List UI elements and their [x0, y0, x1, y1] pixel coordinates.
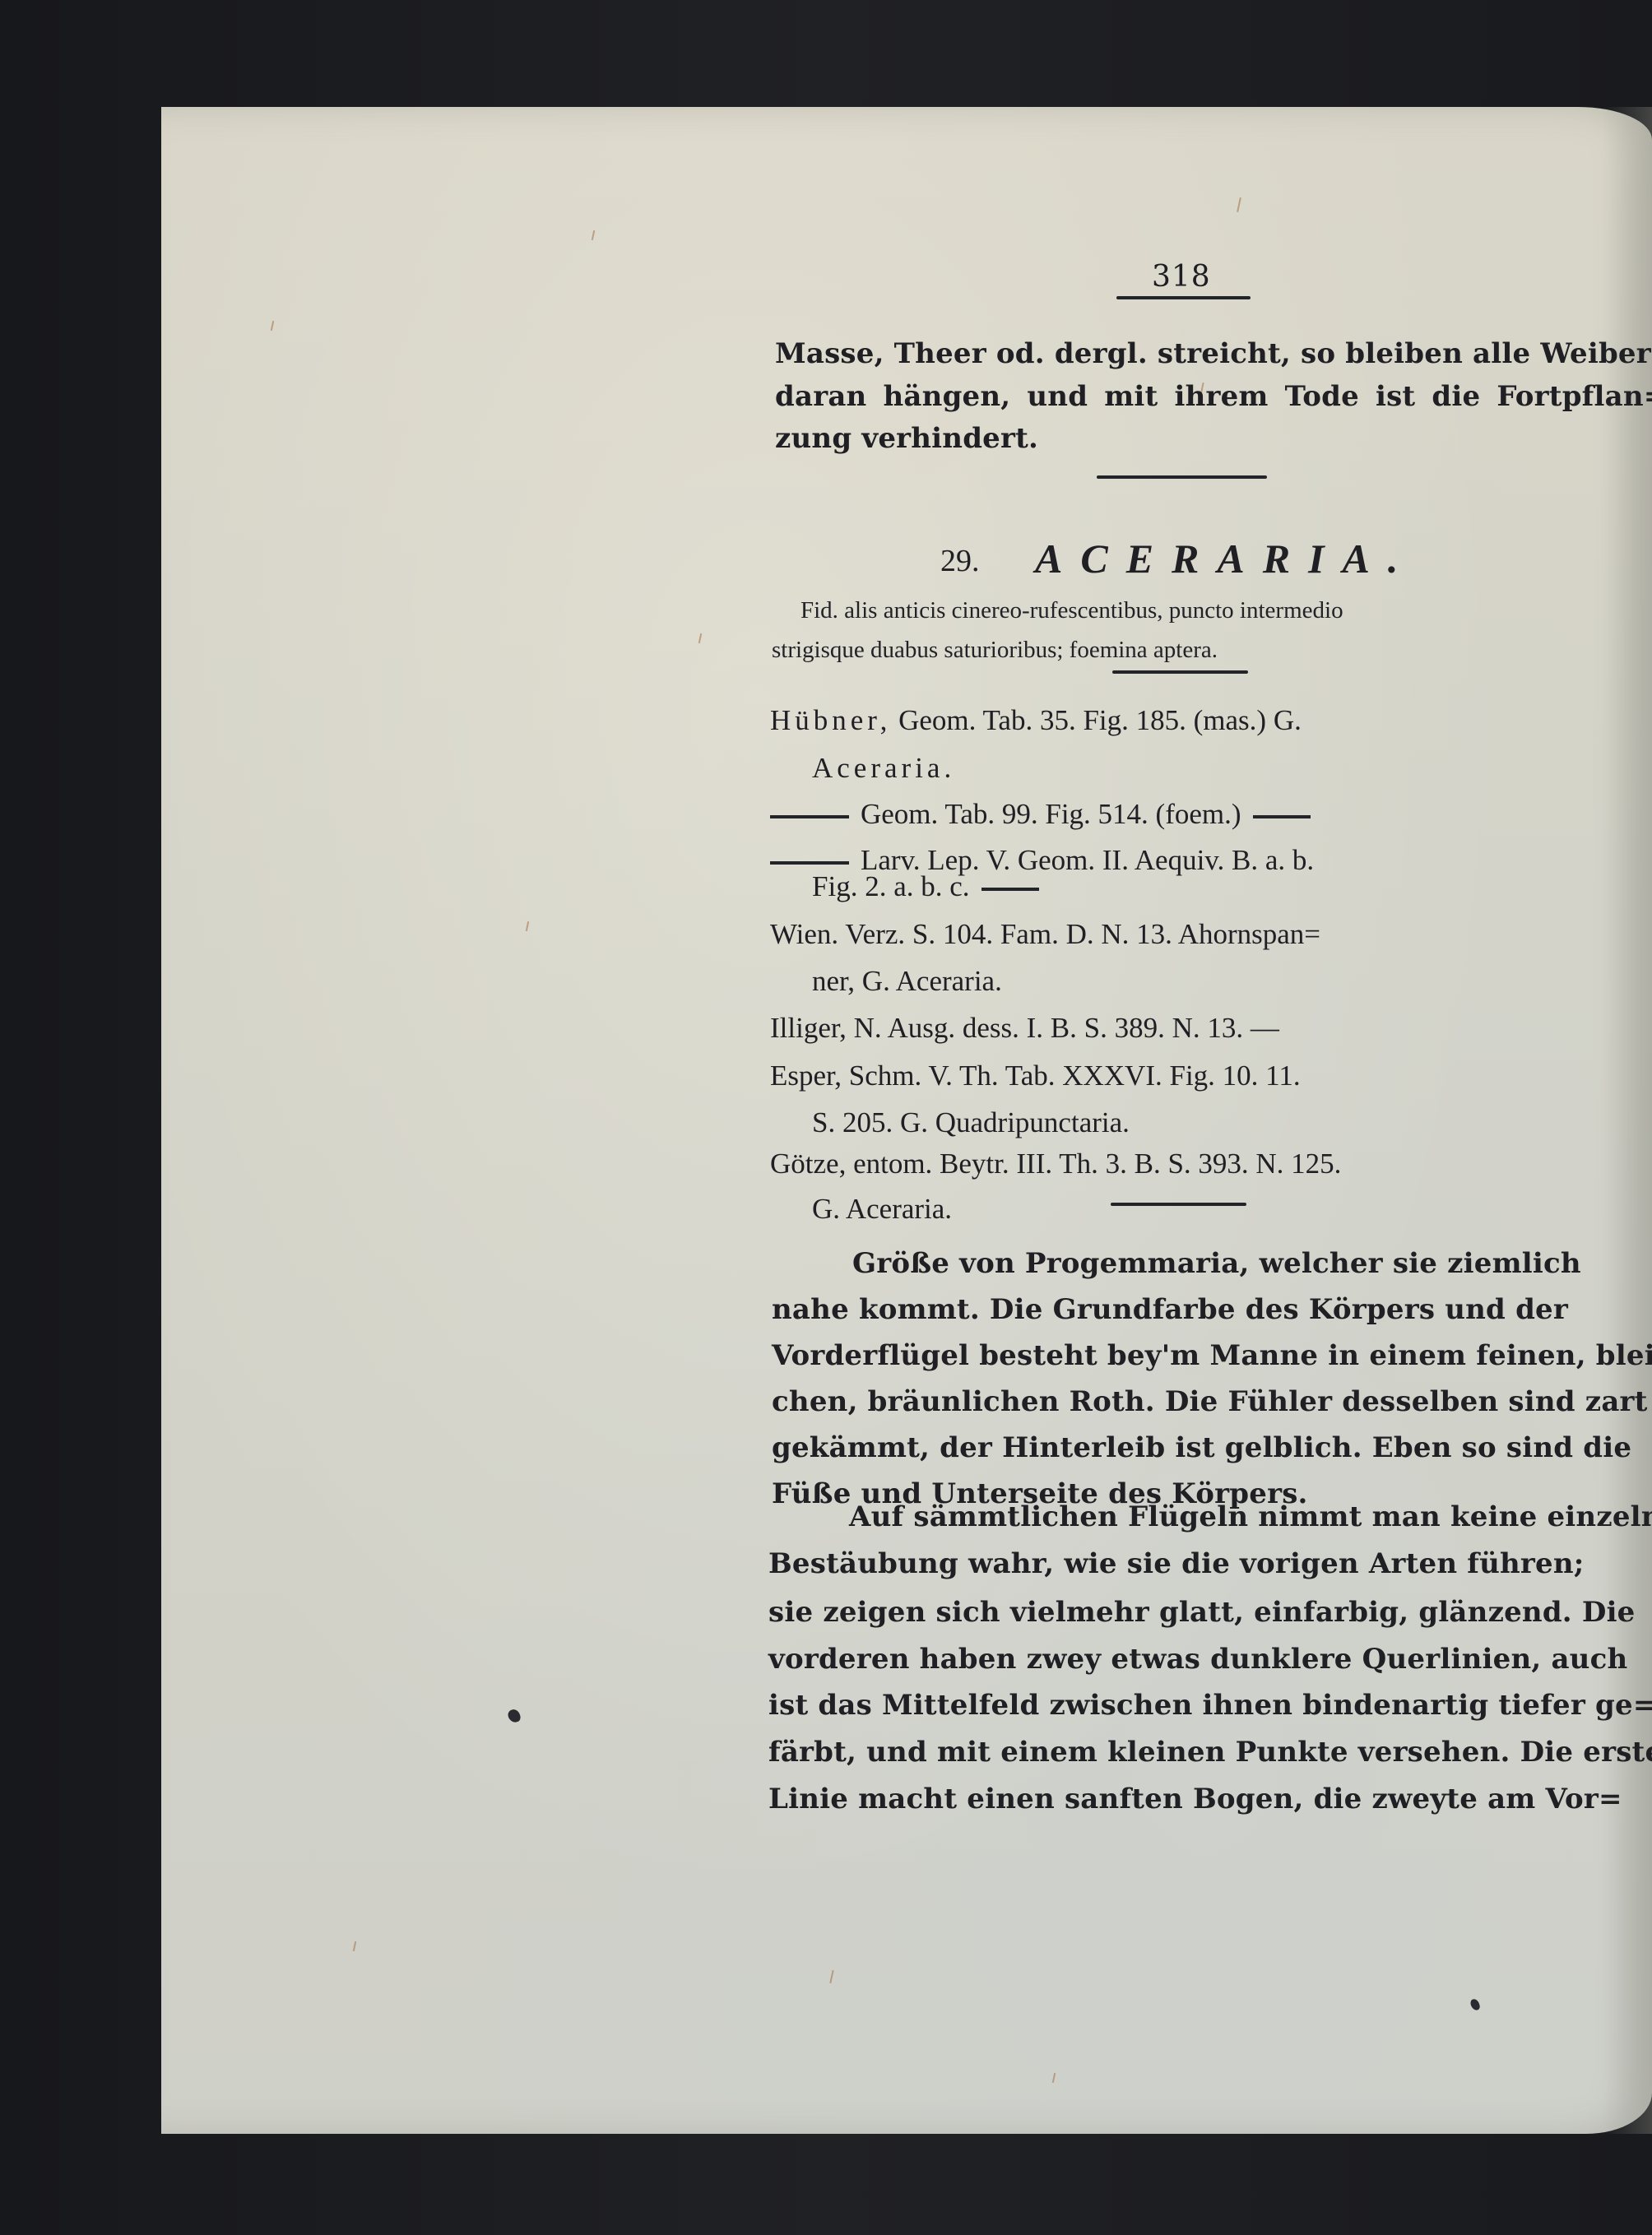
reference-line: Illiger, N. Ausg. dess. I. B. S. 389. N.…: [770, 1012, 1279, 1045]
reference-text: Fig. 2. a. b. c.: [812, 870, 970, 902]
text-line: chen, bräunlichen Roth. Die Fühler desse…: [772, 1385, 1648, 1418]
reference-line: Aceraria.: [812, 752, 955, 785]
reference-line: Hübner, Hübner, Geom. Tab. 35. Fig. 185.…: [770, 704, 1302, 737]
ditto-dash: [1253, 815, 1311, 818]
reference-text: Geom. Tab. 35. Fig. 185. (mas.) G.: [898, 704, 1302, 736]
entry-number: 29.: [940, 543, 980, 579]
reference-line: S. 205. G. Quadripunctaria.: [812, 1106, 1130, 1139]
text-line: daran hängen, und mit ihrem Tode ist die…: [775, 380, 1652, 413]
page-number: 318: [1152, 260, 1211, 294]
reference-text: Geom. Tab. 99. Fig. 514. (foem.): [861, 798, 1241, 830]
entry-name: ACERARIA.: [1035, 535, 1416, 582]
section-divider: [1097, 475, 1267, 479]
text-line: sie zeigen sich vielmehr glatt, einfarbi…: [768, 1596, 1636, 1629]
text-line: Auf sämmtlichen Flügeln nimmt man keine …: [849, 1500, 1652, 1533]
description-line: strigisque duabus saturioribus; foemina …: [772, 637, 1218, 664]
reference-line: G. Aceraria.: [812, 1193, 952, 1226]
page-number-rule: [1116, 296, 1251, 299]
text-line: zung verhindert.: [775, 422, 1038, 455]
text-line: färbt, und mit einem kleinen Punkte vers…: [768, 1736, 1652, 1769]
ditto-dash: [770, 815, 849, 818]
text-line: nahe kommt. Die Grundfarbe des Körpers u…: [772, 1293, 1568, 1326]
reference-line: ner, G. Aceraria.: [812, 965, 1002, 998]
reference-line: Fig. 2. a. b. c.: [812, 870, 1039, 903]
text-line: Masse, Theer od. dergl. streicht, so ble…: [775, 337, 1651, 370]
ditto-dash: [770, 861, 849, 865]
author-name: Hübner,: [770, 704, 891, 736]
text-line: ist das Mittelfeld zwischen ihnen binden…: [768, 1689, 1652, 1722]
section-divider: [1112, 670, 1248, 674]
text-line: Bestäubung wahr, wie sie die vorigen Art…: [768, 1547, 1585, 1580]
ditto-dash: [981, 888, 1039, 891]
section-divider: [1111, 1203, 1246, 1206]
text-line: gekämmt, der Hinterleib ist gelblich. Eb…: [772, 1431, 1631, 1464]
reference-line: Esper, Schm. V. Th. Tab. XXXVI. Fig. 10.…: [770, 1060, 1301, 1092]
reference-line: Götze, entom. Beytr. III. Th. 3. B. S. 3…: [770, 1148, 1341, 1180]
text-line: Linie macht einen sanften Bogen, die zwe…: [768, 1783, 1622, 1815]
reference-line: Wien. Verz. S. 104. Fam. D. N. 13. Ahorn…: [770, 918, 1320, 951]
reference-line: Geom. Tab. 99. Fig. 514. (foem.): [770, 798, 1311, 831]
description-line: Fid. alis anticis cinereo-rufescentibus,…: [800, 597, 1343, 624]
text-line: vorderen haben zwey etwas dunklere Querl…: [768, 1643, 1627, 1676]
text-line: Vorderflügel besteht bey'm Manne in eine…: [772, 1339, 1652, 1372]
text-line: Größe von Progemmaria, welcher sie zieml…: [852, 1247, 1581, 1280]
